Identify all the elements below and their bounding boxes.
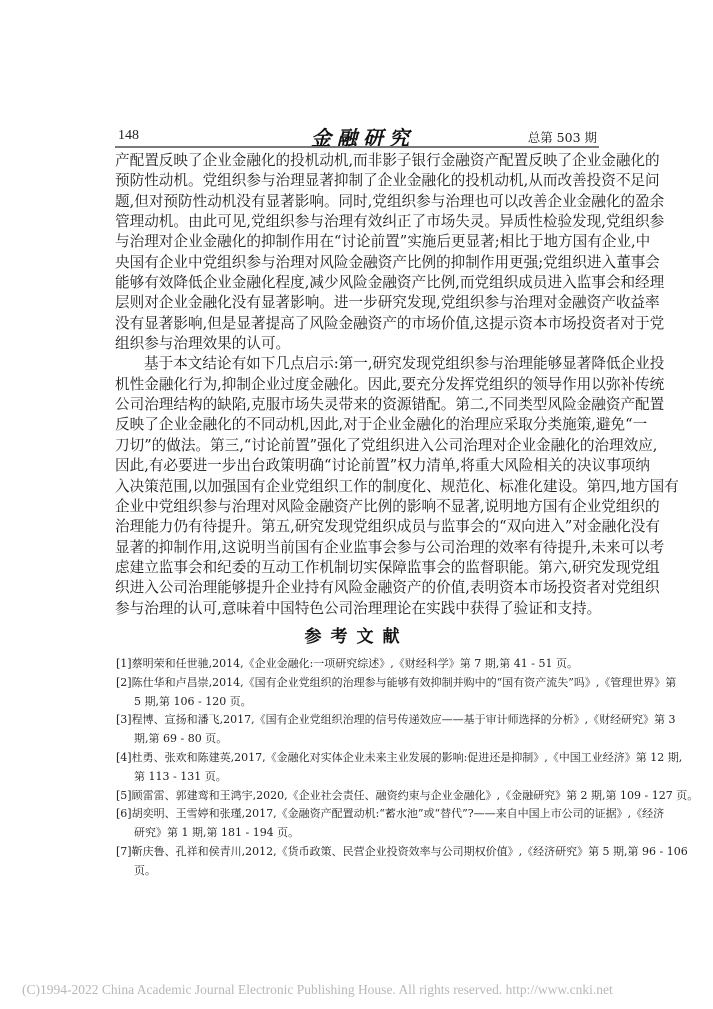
reference-line: [5]顾雷雷、郭建鸾和王鸿宇,2020,《企业社会责任、融资约束与企业金融化》,… bbox=[116, 787, 600, 806]
reference-line: [4]杜勇、张欢和陈建英,2017,《金融化对实体企业未来主业发展的影响:促进还… bbox=[116, 749, 600, 768]
header-rule bbox=[115, 146, 599, 148]
text-line: 层则对企业金融化没有显著影响。进一步研究发现,党组织参与治理对金融资产收益率 bbox=[115, 293, 599, 313]
reference-item: [3]程博、宣扬和潘飞,2017,《国有企业党组织治理的信号传递效应——基于审计… bbox=[116, 711, 600, 749]
reference-line: 研究》第 1 期,第 181 - 194 页。 bbox=[116, 824, 600, 843]
text-line: 显著的抑制作用,这说明当前国有企业监事会参与公司治理的效率有待提升,未来可以考 bbox=[115, 538, 599, 558]
text-line: 基于本文结论有如下几点启示:第一,研究发现党组织参与治理能够显著降低企业投 bbox=[115, 354, 599, 374]
journal-page: 148 金融研究 总第 503 期 产配置反映了企业金融化的投机动机,而非影子银… bbox=[0, 0, 713, 1009]
paragraph-conclusion: 产配置反映了企业金融化的投机动机,而非影子银行金融资产配置反映了企业金融化的 预… bbox=[115, 151, 599, 354]
reference-line: 5 期,第 106 - 120 页。 bbox=[116, 693, 600, 712]
reference-item: [5]顾雷雷、郭建鸾和王鸿宇,2020,《企业社会责任、融资约束与企业金融化》,… bbox=[116, 787, 600, 806]
text-line: 反映了企业金融化的不同动机,因此,对于企业金融化的治理应采取分类施策,避免“一 bbox=[115, 415, 599, 435]
text-line: 央国有企业中党组织参与治理对风险金融资产比例的抑制作用更强;党组织进入董事会 bbox=[115, 253, 599, 273]
text-line: 题,但对预防性动机没有显著影响。同时,党组织参与治理也可以改善企业金融化的盈余 bbox=[115, 192, 599, 212]
reference-item: [6]胡奕明、王雪婷和张瑾,2017,《金融资产配置动机:“蓄水池”或“替代”?… bbox=[116, 805, 600, 843]
text-line: 机性金融化行为,抑制企业过度金融化。因此,要充分发挥党组织的领导作用以弥补传统 bbox=[115, 375, 599, 395]
references-heading: 参考文献 bbox=[0, 622, 713, 647]
reference-line: 第 113 - 131 页。 bbox=[116, 768, 600, 787]
page-number: 148 bbox=[118, 128, 139, 144]
reference-line: 页。 bbox=[116, 862, 600, 881]
reference-line: [1]蔡明荣和任世驰,2014,《企业金融化:一项研究综述》,《财经科学》第 7… bbox=[116, 655, 600, 674]
text-line: 预防性动机。党组织参与治理显著抑制了企业金融化的投机动机,从而改善投资不足问 bbox=[115, 171, 599, 191]
issue-number: 总第 503 期 bbox=[528, 128, 597, 146]
reference-item: [1]蔡明荣和任世驰,2014,《企业金融化:一项研究综述》,《财经科学》第 7… bbox=[116, 655, 600, 674]
reference-line: [2]陈仕华和卢昌崇,2014,《国有企业党组织的治理参与能够有效抑制并购中的“… bbox=[116, 674, 600, 693]
references-list: [1]蔡明荣和任世驰,2014,《企业金融化:一项研究综述》,《财经科学》第 7… bbox=[116, 655, 600, 881]
text-line: 虑建立监事会和纪委的互动工作机制切实保障监事会的监督职能。第六,研究发现党组 bbox=[115, 558, 599, 578]
body-text: 产配置反映了企业金融化的投机动机,而非影子银行金融资产配置反映了企业金融化的 预… bbox=[115, 151, 599, 619]
text-line: 治理能力仍有待提升。第五,研究发现党组织成员与监事会的“双向进入”对金融化没有 bbox=[115, 517, 599, 537]
text-line: 企业中党组织参与治理对风险金融资产比例的影响不显著,说明地方国有企业党组织的 bbox=[115, 497, 599, 517]
text-line: 因此,有必要进一步出台政策明确“讨论前置”权力清单,将重大风险相关的决议事项纳 bbox=[115, 456, 599, 476]
text-line: 公司治理结构的缺陷,克服市场失灵带来的资源错配。第二,不同类型风险金融资产配置 bbox=[115, 395, 599, 415]
text-line: 入决策范围,以加强国有企业党组织工作的制度化、规范化、标准化建设。第四,地方国有 bbox=[115, 477, 599, 497]
reference-line: [3]程博、宣扬和潘飞,2017,《国有企业党组织治理的信号传递效应——基于审计… bbox=[116, 711, 600, 730]
reference-item: [2]陈仕华和卢昌崇,2014,《国有企业党组织的治理参与能够有效抑制并购中的“… bbox=[116, 674, 600, 712]
text-line: 织进入公司治理能够提升企业持有风险金融资产的价值,表明资本市场投资者对党组织 bbox=[115, 578, 599, 598]
reference-item: [4]杜勇、张欢和陈建英,2017,《金融化对实体企业未来主业发展的影响:促进还… bbox=[116, 749, 600, 787]
text-line: 与治理对企业金融化的抑制作用在“讨论前置”实施后更显著;相比于地方国有企业,中 bbox=[115, 232, 599, 252]
reference-line: [6]胡奕明、王雪婷和张瑾,2017,《金融资产配置动机:“蓄水池”或“替代”?… bbox=[116, 805, 600, 824]
reference-line: 期,第 69 - 80 页。 bbox=[116, 730, 600, 749]
text-line: 产配置反映了企业金融化的投机动机,而非影子银行金融资产配置反映了企业金融化的 bbox=[115, 151, 599, 171]
text-line: 组织参与治理效果的认可。 bbox=[115, 334, 599, 354]
text-line: 没有显著影响,但是显著提高了风险金融资产的市场价值,这提示资本市场投资者对于党 bbox=[115, 314, 599, 334]
text-line: 管理动机。由此可见,党组织参与治理有效纠正了市场失灵。异质性检验发现,党组织参 bbox=[115, 212, 599, 232]
reference-line: [7]靳庆鲁、孔祥和侯青川,2012,《货币政策、民营企业投资效率与公司期权价值… bbox=[116, 843, 600, 862]
text-line: 刀切”的做法。第三,“讨论前置”强化了党组织进入公司治理对企业金融化的治理效应, bbox=[115, 436, 599, 456]
paragraph-implications: 基于本文结论有如下几点启示:第一,研究发现党组织参与治理能够显著降低企业投 机性… bbox=[115, 354, 599, 618]
copyright-footer: (C)1994-2022 China Academic Journal Elec… bbox=[22, 982, 613, 998]
text-line: 能够有效降低企业金融化程度,减少风险金融资产比例,而党组织成员进入监事会和经理 bbox=[115, 273, 599, 293]
reference-item: [7]靳庆鲁、孔祥和侯青川,2012,《货币政策、民营企业投资效率与公司期权价值… bbox=[116, 843, 600, 881]
text-line: 参与治理的认可,意味着中国特色公司治理理论在实践中获得了验证和支持。 bbox=[115, 599, 599, 619]
page-header: 148 金融研究 总第 503 期 bbox=[115, 124, 599, 146]
